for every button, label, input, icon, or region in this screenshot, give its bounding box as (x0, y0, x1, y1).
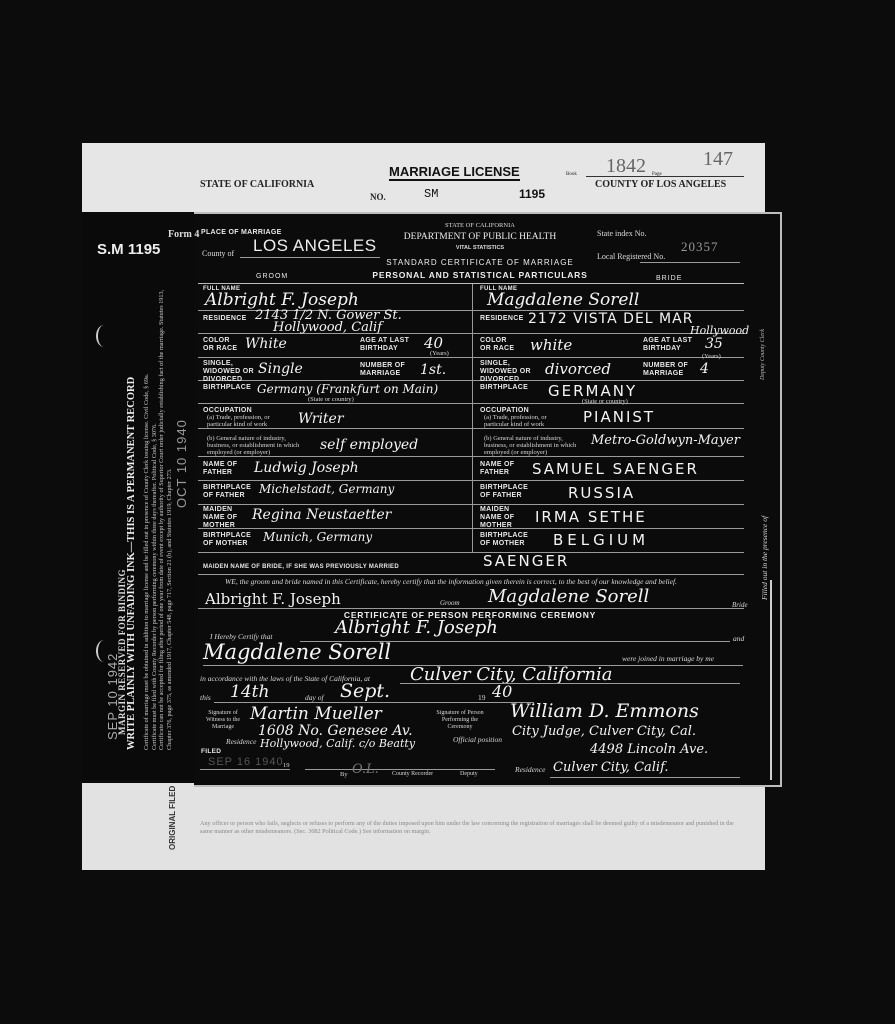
cert-groom-name: Albright F. Joseph (335, 617, 498, 638)
officiant-signature: William D. Emmons (510, 700, 699, 722)
edge-highlight (770, 580, 772, 780)
this-label: this (200, 694, 211, 701)
groom-father-name-label: NAME OF FATHER (203, 461, 248, 477)
date-rule (214, 702, 534, 703)
local-reg-rule (640, 262, 740, 263)
cert-title: STANDARD CERTIFICATE OF MARRIAGE (340, 258, 620, 267)
officiant-residence-label: Residence (515, 766, 545, 773)
license-no-prefix: SM (424, 187, 438, 201)
bride-father-birth: RUSSIA (568, 484, 635, 502)
grid-rule (198, 574, 744, 575)
recorded-stamp: SEP 10 1942 (105, 653, 120, 740)
page-value: 147 (703, 148, 733, 171)
witness-label: Signature of Witness to the Marriage (201, 710, 245, 731)
dept-state: STATE OF CALIFORNIA (395, 222, 565, 229)
bride-residence-1: 2172 VISTA DEL MAR (528, 311, 693, 327)
county-of-label: County of (202, 249, 234, 258)
grid-rule (198, 608, 744, 609)
license-title: MARRIAGE LICENSE (389, 164, 520, 181)
ceremony-year: 40 (492, 682, 512, 701)
recorder-label: County Recorder (392, 771, 433, 778)
county-label: COUNTY OF LOS ANGELES (595, 179, 726, 190)
bride-occ-b-label: (b) General nature of industry, business… (484, 435, 584, 456)
book-page-rule (586, 176, 744, 177)
bride-color: white (530, 336, 572, 354)
hereby-label: I Hereby Certify that (210, 633, 272, 640)
groom-color-label: COLOR OR RACE (203, 337, 243, 353)
groom-mother-birth: Munich, Germany (263, 530, 372, 544)
bride-marital: divorced (545, 360, 611, 378)
groom-occ-a-label: (a) Trade, profession, or particular kin… (207, 414, 287, 428)
margin-instructions: Certificate of marriage must be obtained… (143, 280, 173, 750)
grid-rule (198, 504, 744, 505)
groom-age-label: AGE AT LAST BIRTHDAY (360, 337, 420, 353)
margin-sm-number: S.M 1195 (97, 241, 160, 258)
filed-rule (200, 769, 290, 770)
maiden-bride-value: SAENGER (483, 552, 569, 570)
bride-occ-a-label: (a) Trade, profession, or particular kin… (484, 414, 564, 428)
ceremony-day: 14th (230, 682, 269, 702)
groom-full-name: Albright F. Joseph (205, 290, 359, 310)
bride-mother-birth: BELGIUM (553, 531, 649, 549)
bride-heading: BRIDE (656, 275, 682, 283)
officiant-residence-rule (550, 777, 740, 778)
deputy-signature: O.L. (352, 762, 379, 777)
bride-age-label: AGE AT LAST BIRTHDAY (643, 337, 703, 353)
dept-name: DEPARTMENT OF PUBLIC HEALTH (385, 232, 575, 242)
binding-hole-icon (96, 325, 112, 347)
ceremony-month: Sept. (340, 680, 390, 702)
bride-years-label: (Years) (702, 353, 721, 360)
original-filed-label: ORIGINAL FILED (168, 786, 177, 850)
grid-rule (198, 456, 744, 457)
cert-bride-name: Magdalene Sorell (203, 640, 391, 664)
license-no-value: 1195 (519, 187, 545, 201)
groom-number-marriage-label: NUMBER OF MARRIAGE (360, 362, 420, 378)
bride-father-name-label: NAME OF FATHER (480, 461, 525, 477)
bride-signature-label: Bride (732, 602, 748, 609)
groom-residence-2: Hollywood, Calif (273, 320, 382, 335)
groom-marital-label: SINGLE, WIDOWED OR DIVORCED (203, 360, 263, 384)
grid-rule (198, 403, 744, 404)
state-index-value: 20357 (681, 239, 719, 255)
groom-state-country-label: (State or country) (308, 396, 354, 403)
year-prefix: 19 (478, 694, 486, 701)
grid-rule (198, 552, 744, 553)
bride-mother-maiden-label: MAIDEN NAME OF MOTHER (480, 506, 520, 530)
groom-mother-maiden-label: MAIDEN NAME OF MOTHER (203, 506, 243, 530)
groom-mother-maiden: Regina Neustaetter (252, 507, 391, 523)
grid-rule (198, 428, 744, 429)
bride-marital-label: SINGLE, WIDOWED OR DIVORCED (480, 360, 540, 384)
write-plainly-note: WRITE PLAINLY WITH UNFADING INK—THIS IS … (126, 377, 137, 750)
state-label: STATE OF CALIFORNIA (200, 179, 314, 190)
officiant-residence-1: 4498 Lincoln Ave. (590, 742, 708, 757)
grid-rule (198, 283, 744, 284)
officiant-residence-2: Culver City, Calif. (553, 760, 669, 775)
certify-statement: WE, the groom and bride named in this Ce… (203, 577, 743, 586)
license-no-label: NO. (370, 192, 386, 202)
groom-occupation: Writer (298, 411, 344, 427)
groom-industry: self employed (320, 437, 418, 453)
groom-father-birth: Michelstadt, Germany (259, 482, 394, 496)
groom-occ-b-label: (b) General nature of industry, business… (207, 435, 307, 456)
filled-presence-label: Filled out in the presence of (760, 516, 769, 600)
bride-mother-maiden: IRMA SETHE (535, 508, 647, 526)
groom-signature-label: Groom (440, 600, 460, 607)
bride-color-label: COLOR OR RACE (480, 337, 520, 353)
groom-years-label: (Years) (430, 350, 449, 357)
state-index-label: State index No. (597, 229, 647, 238)
bride-age: 35 (705, 336, 723, 352)
by-label: By (340, 771, 348, 778)
groom-heading: GROOM (256, 273, 288, 281)
groom-mother-birth-label: BIRTHPLACE OF MOTHER (203, 532, 258, 548)
grid-rule (198, 357, 744, 358)
cert-subtitle: PERSONAL AND STATISTICAL PARTICULARS (330, 270, 630, 280)
column-divider (472, 284, 473, 552)
bride-mother-birth-label: BIRTHPLACE OF MOTHER (480, 532, 535, 548)
officiant-label: Signature of Person Performing the Cerem… (432, 710, 488, 731)
groom-birthplace-label: BIRTHPLACE (203, 384, 251, 392)
witness-residence-label: Residence (226, 738, 256, 745)
deputy-label: Deputy (460, 771, 478, 778)
bride-birthplace-label: BIRTHPLACE (480, 384, 528, 392)
local-reg-label: Local Registered No. (597, 252, 665, 261)
place-rule (400, 683, 740, 684)
and-label: and (733, 635, 744, 642)
day-of-label: day of (305, 694, 324, 701)
deputy-clerk-label: Deputy County Clerk (760, 329, 766, 380)
received-stamp: OCT 10 1940 (174, 419, 189, 508)
groom-number-marriage: 1st. (420, 362, 446, 378)
bride-residence-label: RESIDENCE (480, 315, 524, 323)
maiden-bride-label: MAIDEN NAME OF BRIDE, IF SHE WAS PREVIOU… (203, 563, 399, 571)
groom-birthplace: Germany (Frankfurt on Main) (257, 382, 438, 396)
witness-residence-2: Hollywood, Calif. c/o Beatty (260, 737, 415, 750)
dept-sub: VITAL STATISTICS (395, 245, 565, 251)
filed-stamp: SEP 16 1940 (208, 756, 284, 768)
book-value: 1842 (606, 155, 646, 178)
grid-rule (198, 528, 744, 529)
bride-occupation: PIANIST (583, 408, 655, 426)
grid-rule (198, 380, 744, 381)
filed-19: 19 (283, 762, 290, 769)
official-position-label: Official position (453, 736, 502, 743)
bride-number-marriage-label: NUMBER OF MARRIAGE (643, 362, 703, 378)
joined-label: were joined in marriage by me (622, 655, 714, 662)
book-label: Book (566, 172, 577, 177)
groom-father-birth-label: BIRTHPLACE OF FATHER (203, 484, 258, 500)
groom-marital: Single (258, 361, 303, 377)
bride-father-birth-label: BIRTHPLACE OF FATHER (480, 484, 535, 500)
grid-rule (198, 480, 744, 481)
bride-industry: Metro-Goldwyn-Mayer (591, 433, 740, 448)
groom-signature: Albright F. Joseph (205, 590, 341, 608)
groom-residence-label: RESIDENCE (203, 315, 247, 323)
bride-full-name: Magdalene Sorell (487, 290, 639, 310)
form-number: Form 4 (168, 229, 199, 240)
bride-signature: Magdalene Sorell (488, 586, 649, 607)
bride-number-marriage: 4 (700, 361, 709, 377)
official-position: City Judge, Culver City, Cal. (512, 724, 696, 739)
bride-state-country-label: (State or country) (582, 398, 628, 405)
filed-label: FILED (201, 748, 221, 756)
penalty-notice: Any officer or person who fails, neglect… (200, 820, 740, 836)
groom-father-name: Ludwig Joseph (254, 460, 359, 476)
witness-signature: Martin Mueller (250, 704, 382, 724)
bride-father-name: SAMUEL SAENGER (532, 460, 699, 478)
groom-color: White (245, 336, 287, 352)
county-value: LOS ANGELES (253, 236, 377, 256)
recorder-rule (305, 769, 495, 770)
